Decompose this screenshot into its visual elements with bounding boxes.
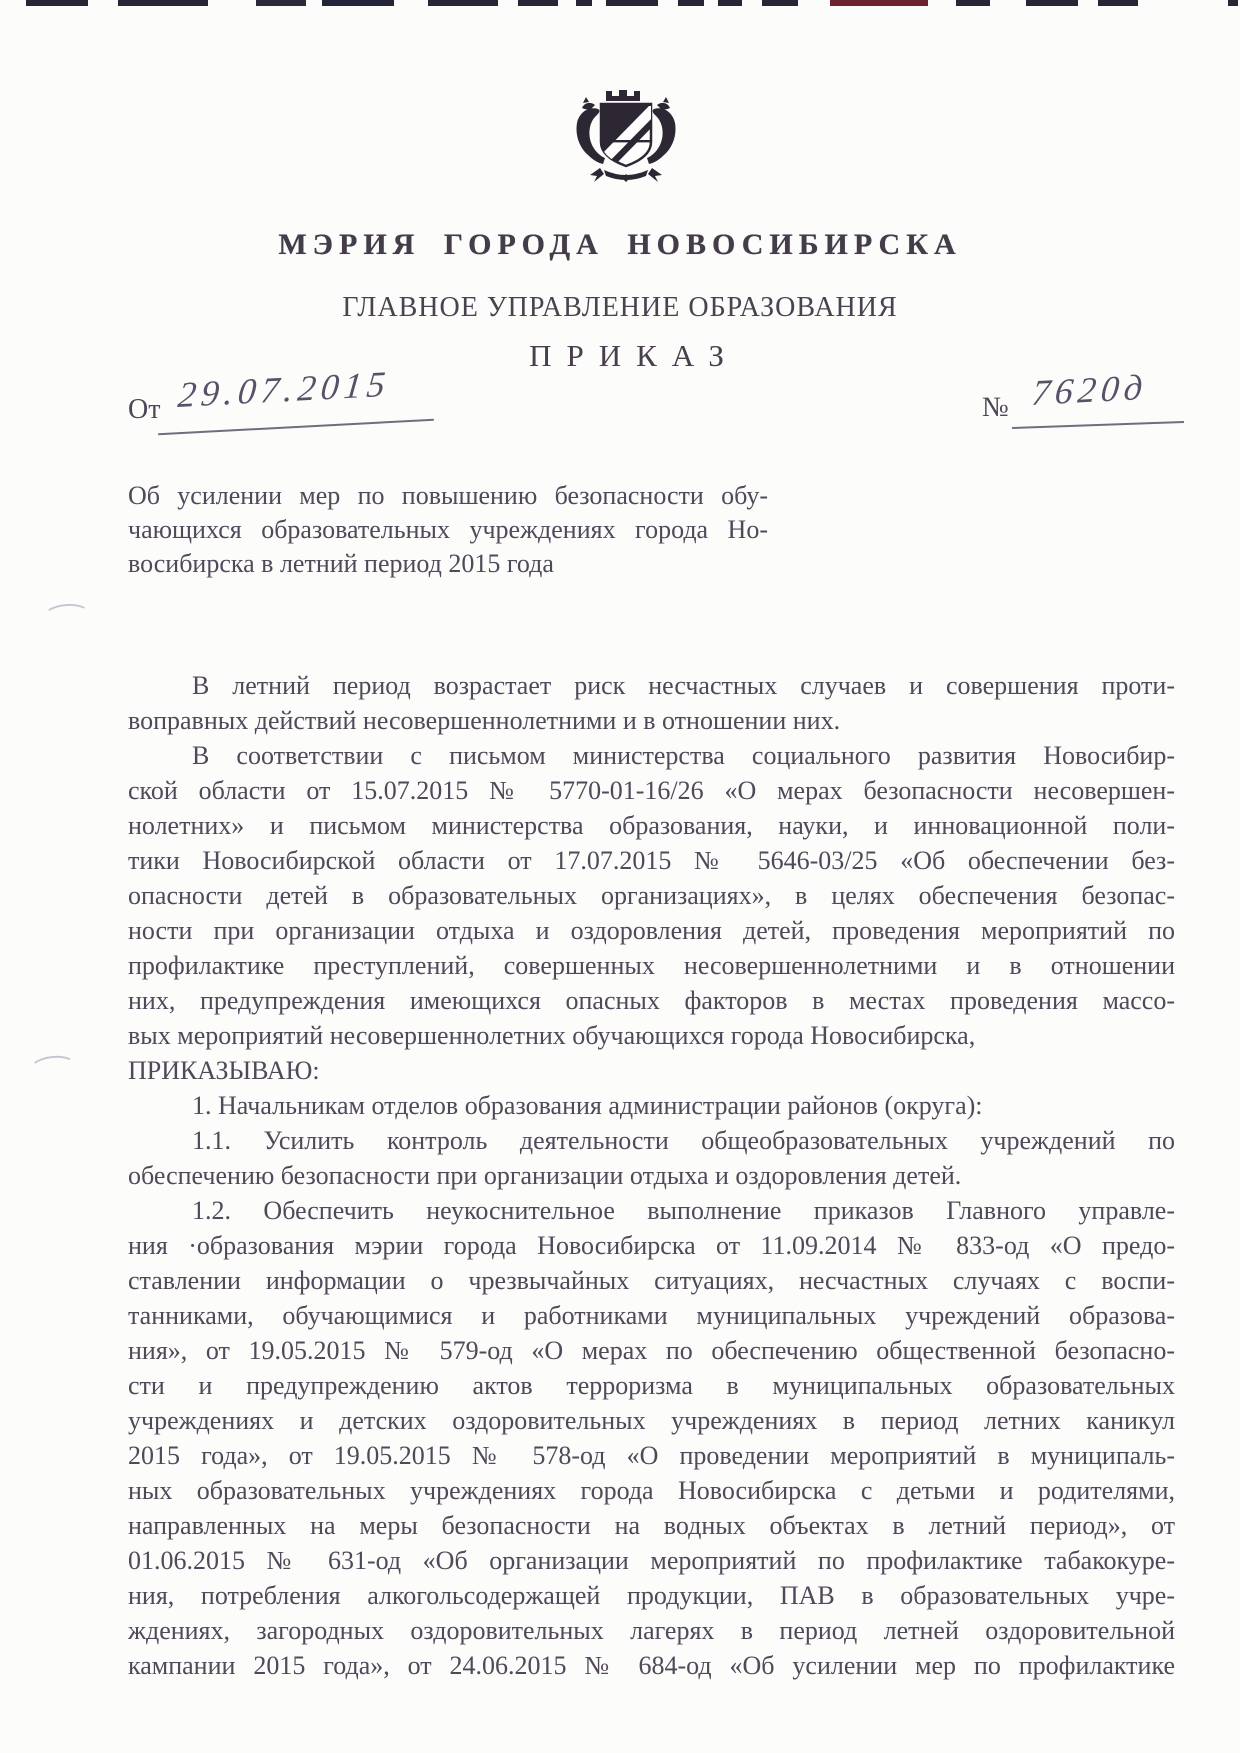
body-line: обеспечению безопасности при организации… — [128, 1158, 1175, 1193]
number-underline — [1012, 421, 1184, 429]
doc-type-title: ПРИКАЗ — [14, 338, 1240, 374]
body-line: них, предупреждения имеющихся опасных фа… — [128, 983, 1175, 1018]
body-line: ждениях, загородных оздоровительных лаге… — [128, 1613, 1175, 1648]
body-line: ставлении информации о чрезвычайных ситу… — [128, 1263, 1175, 1298]
subject-line: чающихся образовательных учреждениях гор… — [128, 513, 768, 547]
body-line: учреждениях и детских оздоровительных уч… — [128, 1403, 1175, 1438]
date-label: От — [128, 394, 160, 426]
handwritten-number: 7620д — [1030, 366, 1150, 414]
scan-arc-mark — [29, 1054, 77, 1081]
body-line: В соответствии с письмом министерства со… — [128, 738, 1175, 773]
org-subtitle: ГЛАВНОЕ УПРАВЛЕНИЕ ОБРАЗОВАНИЯ — [0, 292, 1240, 324]
subject-block: Об усилении мер по повышению безопасност… — [128, 479, 768, 581]
body-line: кампании 2015 года», от 24.06.2015 № 684… — [128, 1648, 1175, 1683]
subject-line: восибирска в летний период 2015 года — [128, 547, 768, 581]
body-line: сти и предупреждению актов терроризма в … — [128, 1368, 1175, 1403]
body-line: воправных действий несовершеннолетними и… — [128, 703, 1175, 738]
body-line: В летний период возрастает риск несчастн… — [128, 668, 1175, 703]
scanned-document-page: МЭРИЯ ГОРОДА НОВОСИБИРСКА ГЛАВНОЕ УПРАВЛ… — [0, 0, 1240, 1753]
body-line: 01.06.2015 № 631-од «Об организации меро… — [128, 1543, 1175, 1578]
body-line: ния ·образования мэрии города Новосибирс… — [128, 1228, 1175, 1263]
body-line: опасности детей в образовательных органи… — [128, 878, 1175, 913]
org-title: МЭРИЯ ГОРОДА НОВОСИБИРСКА — [0, 228, 1240, 262]
body-line: ности при организации отдыха и оздоровле… — [128, 913, 1175, 948]
body-line: ных образовательных учреждениях города Н… — [128, 1473, 1175, 1508]
number-label: № — [982, 392, 1009, 424]
date-underline — [158, 419, 434, 435]
subject-line: Об усилении мер по повышению безопасност… — [128, 479, 768, 513]
novosibirsk-coat-of-arms-icon — [550, 86, 702, 202]
body-line: нолетних» и письмом министерства образов… — [128, 808, 1175, 843]
body-line: танниками, обучающимися и работниками му… — [128, 1298, 1175, 1333]
scan-artifact-strip — [0, 0, 1240, 6]
body-line: 1. Начальникам отделов образования админ… — [128, 1088, 1175, 1123]
body-line: направленных на меры безопасности на вод… — [128, 1508, 1175, 1543]
body-line: 1.1. Усилить контроль деятельности общео… — [128, 1123, 1175, 1158]
body-line: ния», от 19.05.2015 № 579-од «О мерах по… — [128, 1333, 1175, 1368]
body-line: ской области от 15.07.2015 № 5770-01-16/… — [128, 773, 1175, 808]
scan-arc-mark — [43, 602, 90, 627]
body-line: тики Новосибирской области от 17.07.2015… — [128, 843, 1175, 878]
body-line: ПРИКАЗЫВАЮ: — [128, 1053, 1175, 1088]
document-body: В летний период возрастает риск несчастн… — [128, 668, 1175, 1683]
body-line: 1.2. Обеспечить неукоснительное выполнен… — [128, 1193, 1175, 1228]
body-line: вых мероприятий несовершеннолетних обуча… — [128, 1018, 1175, 1053]
body-line: ния, потребления алкогольсодержащей прод… — [128, 1578, 1175, 1613]
body-line: 2015 года», от 19.05.2015 № 578-од «О пр… — [128, 1438, 1175, 1473]
body-line: профилактике преступлений, совершенных н… — [128, 948, 1175, 983]
